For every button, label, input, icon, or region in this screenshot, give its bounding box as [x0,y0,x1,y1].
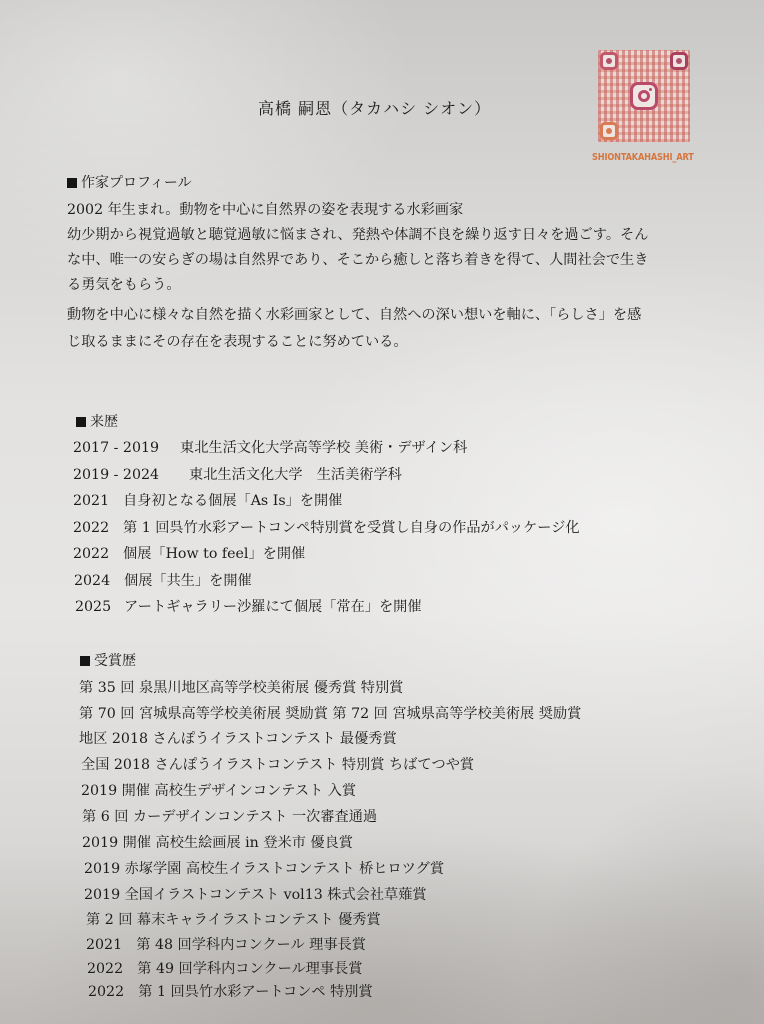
history-year: 2017 - 2019 [73,440,180,456]
history-item: 2024個展「共生」を開催 [74,570,252,590]
award-item: 2019 全国イラストコンテスト vol13 株式会社草薙賞 [84,884,427,904]
history-year: 2025 [75,599,124,615]
instagram-icon [630,82,658,110]
history-item: 2021自身初となる個展「As Is」を開催 [73,490,342,510]
history-heading-label: 来歴 [90,414,118,430]
history-year: 2024 [74,573,124,589]
history-year: 2019 - 2024 [73,467,189,483]
history-item: 2019 - 2024東北生活文化大学 生活美術学科 [73,464,402,484]
history-heading: 来歴 [76,411,118,431]
history-item: 2022個展「How to feel」を開催 [73,543,305,563]
award-item: 2021 第 48 回学科内コンクール 理事長賞 [86,934,366,954]
award-item: 2022 第 1 回呉竹水彩アートコンペ 特別賞 [88,981,373,1001]
history-text: 東北生活文化大学 生活美術学科 [189,467,402,483]
award-item: 2022 第 49 回学科内コンクール理事長賞 [87,958,362,978]
profile-heading-label: 作家プロフィール [81,175,192,191]
profile-line: な中、唯一の安らぎの場は自然界であり、そこから癒しと落ち着きを得て、人間社会で生… [67,249,648,269]
award-item: 全国 2018 さんぽうイラストコンテスト 特別賞 ちばてつや賞 [81,754,474,774]
award-item: 第 2 回 幕末キャライラストコンテスト 優秀賞 [86,909,381,929]
profile-heading: 作家プロフィール [67,172,192,192]
profile-line: 動物を中心に様々な自然を描く水彩画家として、自然への深い想いを軸に、「らしさ」を… [67,304,641,324]
bullet-square-icon [80,656,90,666]
award-item: 2019 赤塚学園 高校生イラストコンテスト 桥ヒロツグ賞 [84,858,444,878]
history-text: 自身初となる個展「As Is」を開催 [123,493,342,509]
history-text: 個展「共生」を開催 [124,573,252,589]
award-item: 地区 2018 さんぽうイラストコンテスト 最優秀賞 [79,728,397,748]
history-year: 2022 [73,520,123,536]
history-text: 第 1 回呉竹水彩アートコンペ特別賞を受賞し自身の作品がパッケージ化 [123,520,580,536]
history-text: 個展「How to feel」を開催 [123,546,305,562]
awards-heading-label: 受賞歴 [94,653,136,669]
history-item: 2025アートギャラリー沙羅にて個展「常在」を開催 [75,596,422,616]
award-item: 第 6 回 カーデザインコンテスト 一次審査通過 [82,806,377,826]
award-item: 第 70 回 宮城県高等学校美術展 奨励賞 第 72 回 宮城県高等学校美術展 … [79,703,581,723]
history-text: アートギャラリー沙羅にて個展「常在」を開催 [124,599,422,615]
history-text: 東北生活文化大学高等学校 美術・デザイン科 [180,440,467,456]
instagram-qr-block[interactable]: SHIONTAKAHASHI_ART [592,50,728,170]
bullet-square-icon [67,178,77,188]
instagram-handle: SHIONTAKAHASHI_ART [592,152,694,163]
history-year: 2021 [73,493,123,509]
profile-line: 2002 年生まれ。動物を中心に自然界の姿を表現する水彩画家 [67,199,463,219]
profile-line: じ取るままにその存在を表現することに努めている。 [67,331,408,351]
qr-finder-bottom-left-icon [600,122,618,140]
award-item: 2019 開催 高校生絵画展 in 登米市 優良賞 [82,832,353,852]
qr-finder-top-left-icon [600,52,618,70]
history-year: 2022 [73,546,123,562]
qr-finder-top-right-icon [670,52,688,70]
profile-line: 幼少期から視覚過敏と聴覚過敏に悩まされ、発熱や体調不良を繰り返す日々を過ごす。そ… [67,224,648,244]
awards-heading: 受賞歴 [80,650,136,670]
history-item: 2022第 1 回呉竹水彩アートコンペ特別賞を受賞し自身の作品がパッケージ化 [73,517,580,537]
profile-sheet: 高橋 嗣恩（タカハシ シオン） SHIONTAKAHASHI_ART 作家プロフ… [0,0,764,1024]
artist-name-title: 高橋 嗣恩（タカハシ シオン） [258,96,491,119]
history-item: 2017 - 2019東北生活文化大学高等学校 美術・デザイン科 [73,437,467,457]
qr-code[interactable] [598,50,690,142]
profile-line: る勇気をもらう。 [67,274,181,294]
bullet-square-icon [76,417,86,427]
award-item: 2019 開催 高校生デザインコンテスト 入賞 [81,780,356,800]
award-item: 第 35 回 泉黒川地区高等学校美術展 優秀賞 特別賞 [79,677,403,697]
